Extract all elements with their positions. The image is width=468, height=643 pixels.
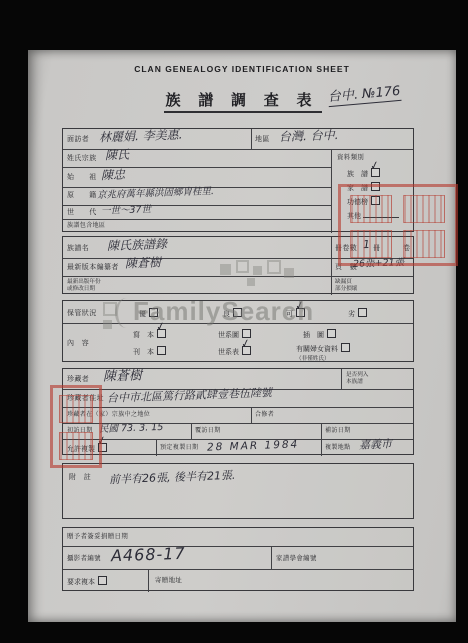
society-number-label: 家譜學會編號 xyxy=(276,555,317,563)
section-administrative: 贈予者簽妥捐贈日期 攝影者編號 A468-17 家譜學會編號 要求複本 寄贈地址 xyxy=(62,527,414,591)
copy-place-label: 複製地點 xyxy=(325,444,351,452)
compiler-label: 最新版本編纂者 xyxy=(67,263,119,271)
checkmark: ✓ xyxy=(155,321,166,332)
row-divider xyxy=(63,569,413,570)
section-holder: 珍藏者 陳蒼樹 是否列入 本族譜 珍藏者住址 台中市北區篤行路貳肆壹巷伍陸號 珍… xyxy=(62,368,414,455)
content-option-printed: 刊 本 xyxy=(133,346,166,357)
category-option-other: 其他 xyxy=(347,210,399,221)
origin-value: 京兆府萬年縣洪固鄉胄桂里. xyxy=(97,187,214,202)
holder-position-label: 珍藏者在（家）宗族中之地位 xyxy=(67,411,150,419)
option-label: 優 xyxy=(139,310,146,318)
column-divider xyxy=(321,439,322,456)
checkbox xyxy=(98,576,107,585)
section-identification: 面訪者 林麗娟. 李美惠. 地區 台灣. 台中. 姓氏宗族 陳氏 始 祖 陳忠 … xyxy=(62,128,414,232)
column-divider xyxy=(331,149,332,233)
pubdate-label-line2: 或修改日期 xyxy=(67,286,95,293)
column-divider xyxy=(156,439,157,456)
volume-unit-label: 冊 xyxy=(373,244,380,252)
holder-value: 陳蒼樹 xyxy=(103,369,142,385)
compiler-value: 陳蒼樹 xyxy=(125,256,161,270)
first-visit-label: 初訪日期 xyxy=(67,427,93,435)
notes-label: 附 註 xyxy=(69,473,91,481)
checkbox xyxy=(341,343,350,352)
copy-date-label: 預定複製日期 xyxy=(160,444,198,452)
followup-visit-label: 補訪日期 xyxy=(325,427,351,435)
category-header: 資料類別 xyxy=(337,154,364,162)
column-divider xyxy=(331,237,332,295)
photographer-number-value: A468-17 xyxy=(111,545,186,565)
ancestor-label: 始 祖 xyxy=(67,173,97,181)
english-title: CLAN GENEALOGY IDENTIFICATION SHEET xyxy=(28,64,456,74)
copy-permission-option: 允許複製✓ xyxy=(67,443,107,454)
option-label: 寫 本 xyxy=(133,331,154,339)
checkbox xyxy=(371,196,380,205)
checkbox: ✓ xyxy=(242,346,251,355)
row-divider xyxy=(63,276,413,277)
missing-pages-label-line2: 部分損壞 xyxy=(335,286,357,293)
content-option-lineage-table: 世系表✓ xyxy=(218,346,251,357)
donation-date-label: 贈予者簽妥捐贈日期 xyxy=(67,533,128,541)
checkbox xyxy=(358,308,367,317)
coverage-label: 族譜包含地區 xyxy=(67,222,105,230)
listed-label-line2: 本族譜 xyxy=(346,379,363,386)
revisit-label: 覆訪日期 xyxy=(195,427,221,435)
notes-value: 前半有26張, 後半有21張. xyxy=(109,470,236,487)
genealogy-title-label: 族譜名 xyxy=(67,244,89,252)
option-label: 可 xyxy=(286,310,293,318)
region-label: 地區 xyxy=(255,135,270,143)
copy-place-value: 嘉義市 xyxy=(359,438,392,451)
checkmark: ✓ xyxy=(240,338,251,349)
cocompiler-label: 合修者 xyxy=(255,411,274,419)
column-divider xyxy=(191,423,192,439)
genealogy-title-value: 陳氏族譜錄 xyxy=(107,238,167,253)
copy-request-option: 要求複本 xyxy=(67,576,107,587)
column-divider xyxy=(251,129,252,149)
storage-option-poor: 劣 xyxy=(348,308,367,319)
generations-label: 世 代 xyxy=(67,208,97,216)
option-label: 家 譜 xyxy=(347,184,368,192)
section-volume-info: 族譜名 陳氏族譜錄 冊卷數 1 冊 卷 最新版本編纂者 陳蒼樹 頁 數 26張+… xyxy=(62,236,414,294)
scroll-unit-label: 卷 xyxy=(403,244,410,252)
checkbox: ✓ xyxy=(296,308,305,317)
pages-value: 26張+21張 xyxy=(353,258,404,270)
photographer-number-label: 攝影者編號 xyxy=(67,555,101,563)
row-divider xyxy=(63,219,331,220)
option-label: 世系圖 xyxy=(218,331,239,339)
volumes-label: 冊卷數 xyxy=(335,244,357,252)
option-label: 世系表 xyxy=(218,348,239,356)
column-divider xyxy=(271,546,272,569)
checkbox xyxy=(157,346,166,355)
checkbox: ✓ xyxy=(98,443,107,452)
storage-option-excellent: 優 xyxy=(139,308,158,319)
row-divider xyxy=(63,323,413,324)
checkbox xyxy=(149,308,158,317)
checkbox: ✓ xyxy=(371,168,380,177)
option-label: 其他 xyxy=(347,212,361,220)
column-divider xyxy=(251,407,252,423)
checkmark: ✓ xyxy=(294,300,305,311)
mailing-address-label: 寄贈地址 xyxy=(155,577,182,585)
storage-condition-label: 保管狀況 xyxy=(67,309,97,317)
blank-line xyxy=(363,210,399,218)
generations-value: 一世～37世 xyxy=(101,205,151,217)
column-divider xyxy=(321,423,322,439)
content-option-illustrations: 插 圖 xyxy=(303,329,336,340)
column-divider xyxy=(341,369,342,389)
origin-label: 原 籍 xyxy=(67,191,97,199)
checkmark: ✓ xyxy=(369,160,380,171)
checkbox: ✓ xyxy=(157,329,166,338)
option-label: 良 xyxy=(223,310,230,318)
holder-label: 珍藏者 xyxy=(67,375,89,383)
volumes-value: 1 xyxy=(363,239,370,251)
checkbox xyxy=(371,182,380,191)
copy-date-value: 28 MAR 1984 xyxy=(207,439,300,454)
checkbox xyxy=(327,329,336,338)
first-visit-value: 民國 73. 3. 15 xyxy=(99,423,164,436)
section-notes: 附 註 前半有26張, 後半有21張. xyxy=(62,463,414,519)
option-label: 族 譜 xyxy=(347,170,368,178)
category-option-gongdebang: 功德榜 xyxy=(347,196,380,207)
pubdate-label-line1: 最新出版年份 xyxy=(67,279,101,286)
section-condition-content: 保管狀況 優 良 可✓ 劣 內 容 寫 本✓ 世系圖 插 圖 刊 本 世系表✓ … xyxy=(62,300,414,362)
holder-address-label: 珍藏者住址 xyxy=(67,394,104,402)
clan-value: 陳氏 xyxy=(105,149,129,163)
missing-pages-label-line1: 缺漏頁 xyxy=(335,279,352,286)
option-label: 允許複製 xyxy=(67,445,95,453)
clan-label: 姓氏宗族 xyxy=(67,154,97,162)
content-option-women-records: 有關婦女資料 （非僅姓氏） xyxy=(296,343,350,364)
option-label: 功德榜 xyxy=(347,198,368,206)
interviewer-label: 面訪者 xyxy=(67,135,89,143)
checkbox xyxy=(233,308,242,317)
category-option-jiapu: 家 譜 xyxy=(347,182,380,193)
scanned-genealogy-sheet: { "header": { "english_title": "CLAN GEN… xyxy=(0,0,468,643)
option-sublabel: （非僅姓氏） xyxy=(296,355,350,364)
option-label: 有關婦女資料 xyxy=(296,345,338,353)
option-label: 要求複本 xyxy=(67,578,95,586)
row-divider xyxy=(63,407,413,408)
column-divider xyxy=(148,569,149,592)
listed-label-line1: 是否列入 xyxy=(346,372,368,379)
storage-option-good: 良 xyxy=(223,308,242,319)
option-label: 劣 xyxy=(348,310,355,318)
interviewer-value: 林麗娟. 李美惠. xyxy=(99,129,183,145)
content-option-manuscript: 寫 本✓ xyxy=(133,329,166,340)
checkmark: ✓ xyxy=(96,435,107,446)
category-option-zupu: 族 譜✓ xyxy=(347,168,380,179)
option-label: 插 圖 xyxy=(303,331,324,339)
option-label: 刊 本 xyxy=(133,348,154,356)
title-underline xyxy=(164,111,322,113)
ancestor-value: 陳忠 xyxy=(101,169,125,183)
storage-option-fair: 可✓ xyxy=(286,308,305,319)
content-label: 內 容 xyxy=(67,339,89,347)
region-value: 台灣. 台中. xyxy=(279,129,339,144)
